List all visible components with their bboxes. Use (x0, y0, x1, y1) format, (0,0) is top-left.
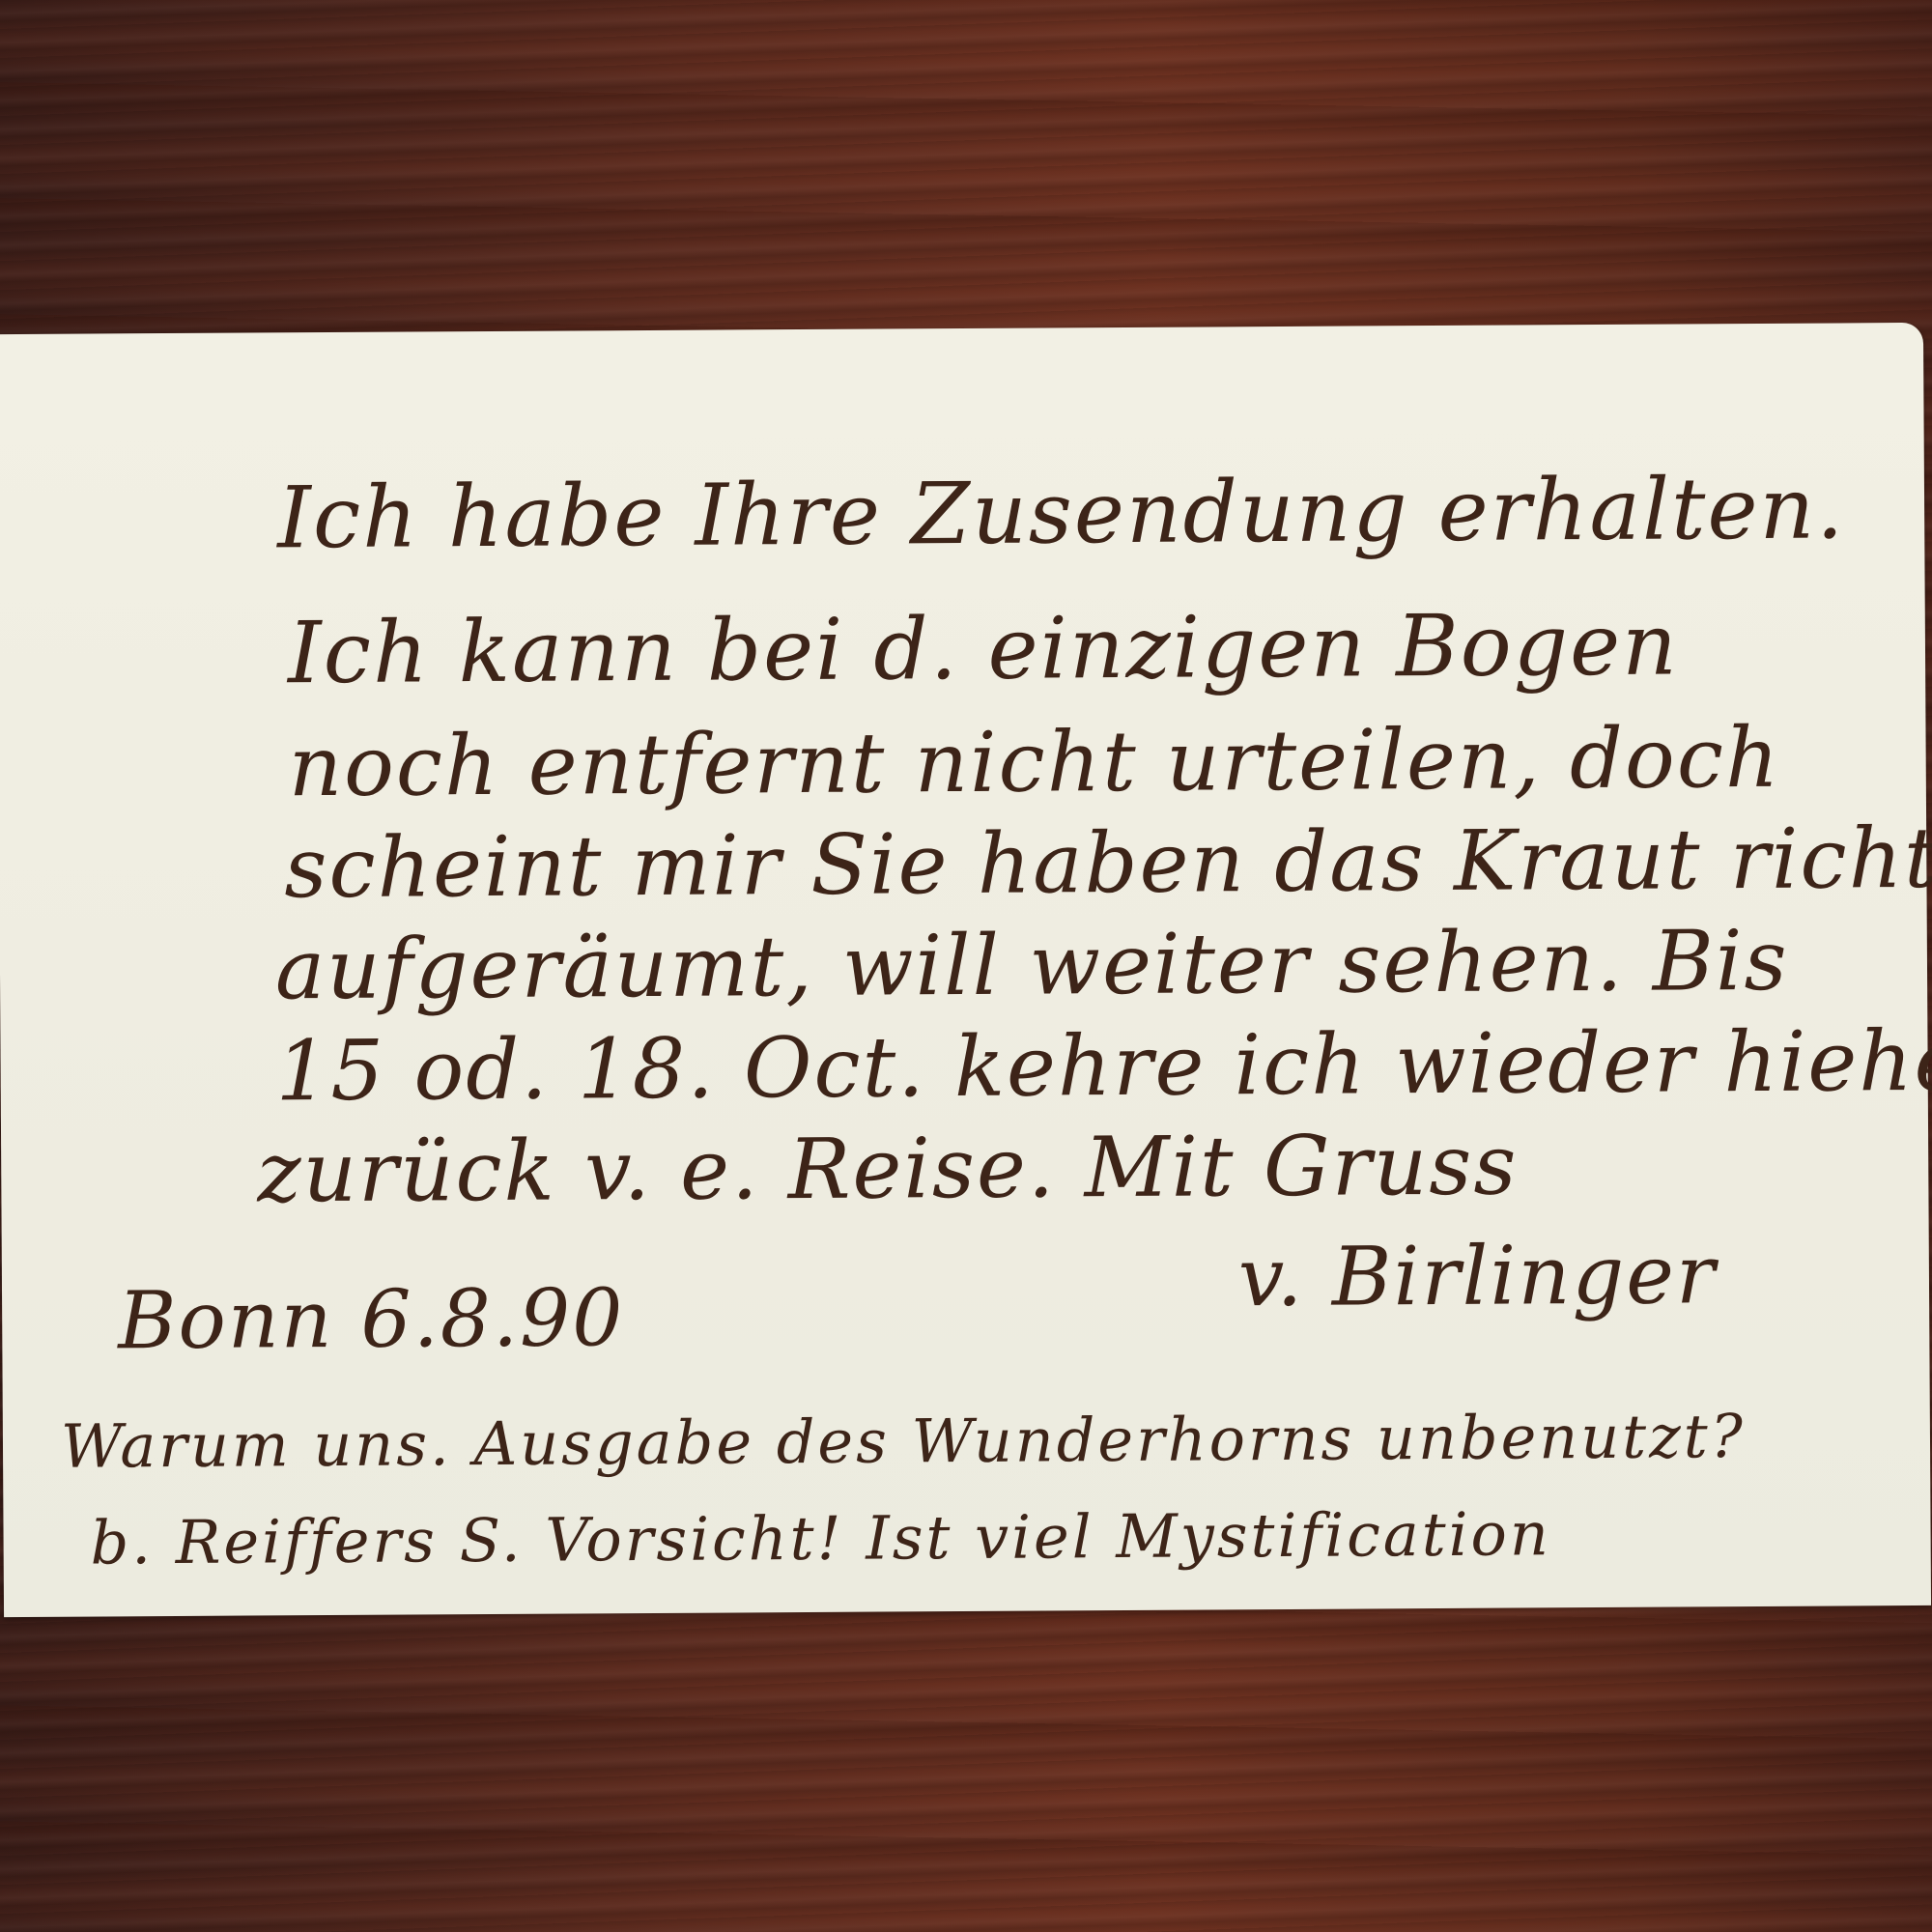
body-line-2: Ich kann bei d. einzigen Bogen (288, 594, 1679, 702)
body-line-4: scheint mir Sie haben das Kraut richtig (284, 810, 1932, 917)
place-date: Bonn 6.8.90 (118, 1272, 625, 1367)
body-line-6: 15 od. 18. Oct. kehre ich wieder hieher (275, 1012, 1932, 1120)
postcard: Ich habe Ihre Zusendung erhalten. Ich ka… (0, 323, 1931, 1617)
body-line-5: aufgeräumt, will weiter sehen. Bis (275, 913, 1789, 1019)
body-line-1: Ich habe Ihre Zusendung erhalten. (277, 458, 1846, 567)
body-line-3: noch entfernt nicht urteilen, doch (288, 710, 1780, 815)
postscript-line-1: Warum uns. Ausgabe des Wunderhorns unben… (61, 1401, 1746, 1482)
postscript-line-2: b. Reiffers S. Vorsicht! Ist viel Mystif… (90, 1498, 1551, 1577)
signature: v. Birlinger (1238, 1227, 1718, 1324)
body-line-7: zurück v. e. Reise. Mit Gruss (257, 1117, 1519, 1221)
